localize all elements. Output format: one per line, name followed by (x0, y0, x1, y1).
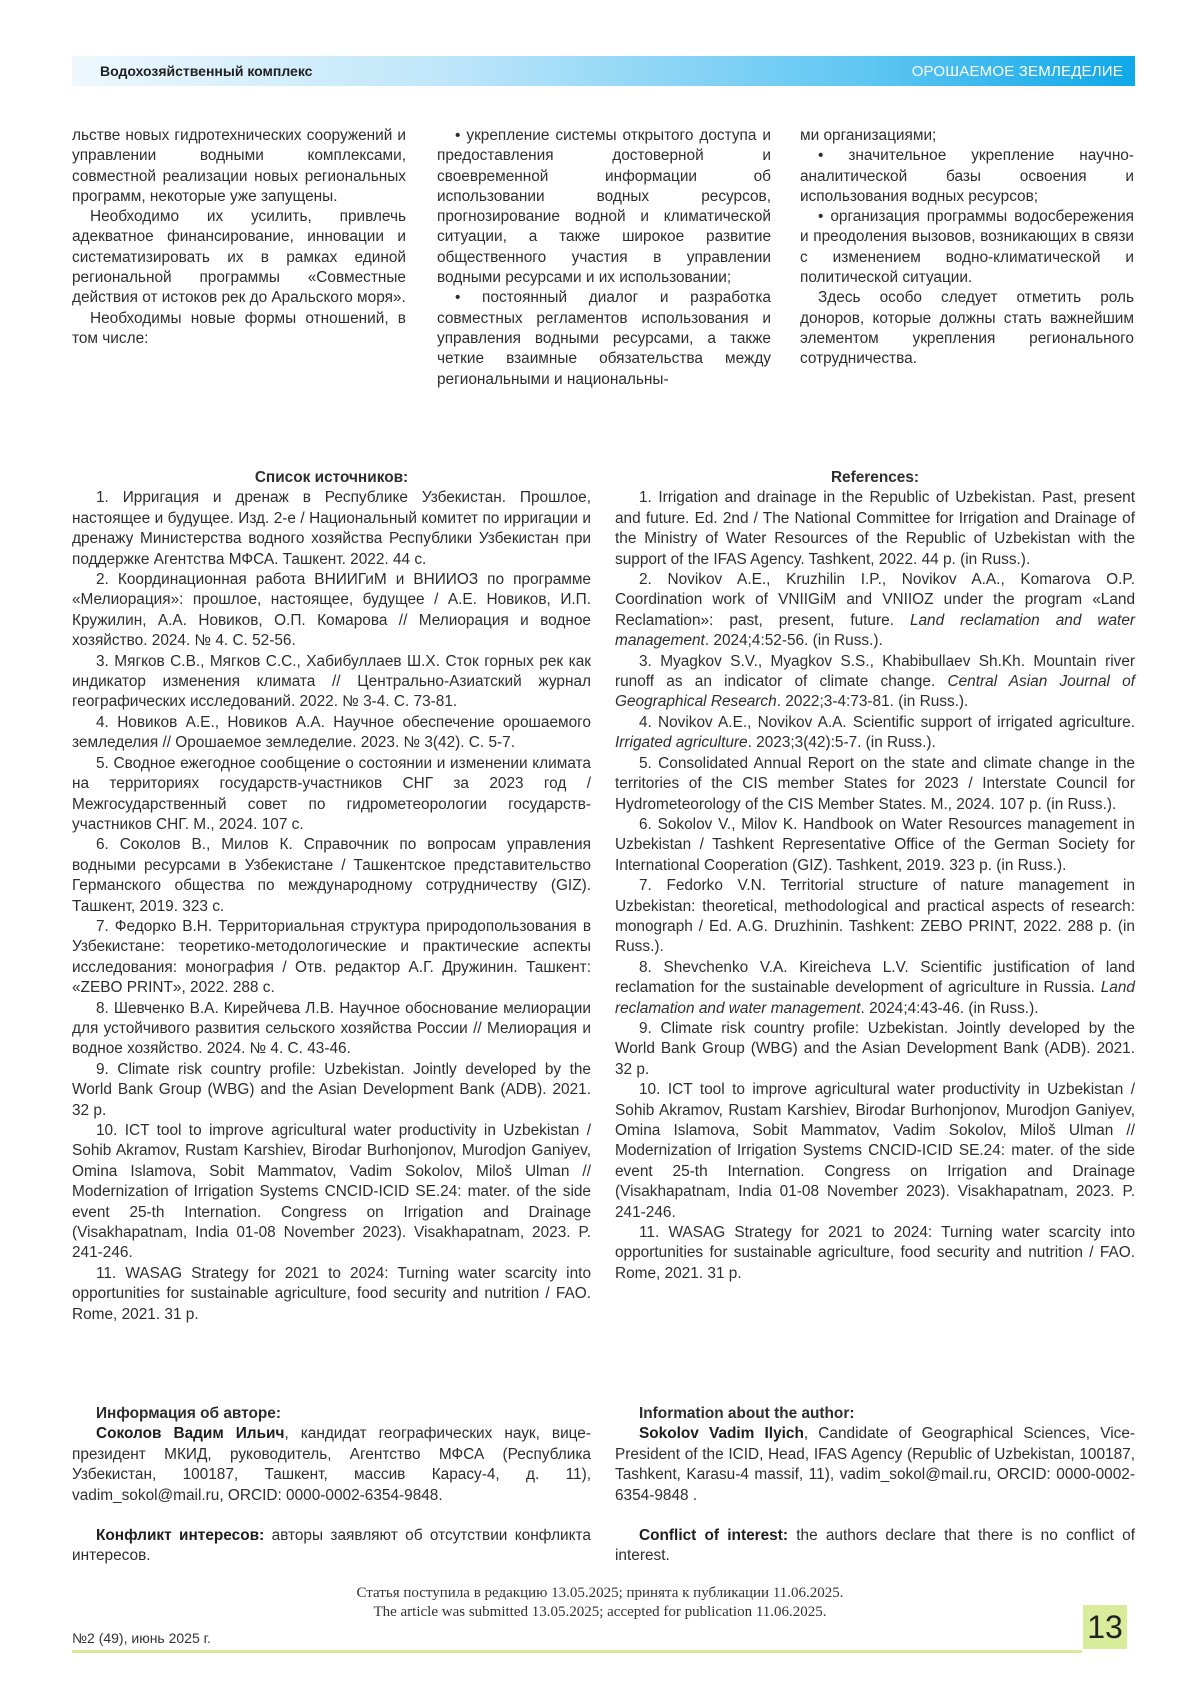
issue-label: №2 (49), июнь 2025 г. (72, 1630, 211, 1646)
conflict-of-interest-ru: Конфликт интересов: авторы заявляют об о… (72, 1526, 591, 1567)
section-title-left: Водохозяйственный комплекс (72, 63, 312, 79)
paragraph: ми организациями; (800, 126, 1134, 146)
reference-item: 2. Novikov A.E., Kruzhilin I.P., Novikov… (615, 570, 1135, 652)
reference-item: 2. Координационная работа ВНИИГиМ и ВНИИ… (72, 570, 591, 652)
submission-dates-en: The article was submitted 13.05.2025; ac… (0, 1603, 1200, 1622)
paragraph: Необходимо их усилить, привлечь адекватн… (72, 207, 406, 308)
paragraph: Необходимы новые формы отношений, в том … (72, 309, 406, 350)
reference-item: 11. WASAG Strategy for 2021 to 2024: Tur… (72, 1264, 591, 1325)
reference-item: 6. Соколов В., Милов К. Справочник по во… (72, 835, 591, 917)
bullet-item: • значительное укрепление научно-аналити… (800, 146, 1134, 207)
reference-item: 10. ICT tool to improve agricultural wat… (72, 1121, 591, 1264)
reference-item: 9. Climate risk country profile: Uzbekis… (72, 1060, 591, 1121)
paragraph: Здесь особо следует отметить роль доноро… (800, 288, 1134, 369)
references-ru: Список источников: 1. Ирригация и дренаж… (72, 468, 591, 1325)
reference-item: 7. Fedorko V.N. Territorial structure of… (615, 876, 1135, 958)
reference-item: 1. Ирригация и дренаж в Республике Узбек… (72, 488, 591, 570)
reference-item: 4. Новиков А.Е., Новиков А.А. Научное об… (72, 713, 591, 754)
references-en: References: 1. Irrigation and drainage i… (615, 468, 1135, 1284)
body-column-2: • укрепление системы открытого доступа и… (437, 126, 771, 390)
running-header: Водохозяйственный комплекс ОРОШАЕМОЕ ЗЕМ… (72, 56, 1135, 86)
paragraph: льстве новых гидротехнических сооружений… (72, 126, 406, 207)
page-number: 13 (1083, 1605, 1127, 1649)
reference-item: 1. Irrigation and drainage in the Republ… (615, 488, 1135, 570)
author-heading-ru: Информация об авторе: (72, 1404, 591, 1424)
reference-item: 8. Shevchenko V.A. Kireicheva L.V. Scien… (615, 958, 1135, 1019)
bullet-item: • организация программы водосбережения и… (800, 207, 1134, 288)
reference-item: 6. Sokolov V., Milov K. Handbook on Wate… (615, 815, 1135, 876)
body-column-1: льстве новых гидротехнических сооружений… (72, 126, 406, 349)
bullet-item: • постоянный диалог и разработка совмест… (437, 288, 771, 389)
reference-item: 11. WASAG Strategy for 2021 to 2024: Tur… (615, 1223, 1135, 1284)
references-ru-title: Список источников: (72, 468, 591, 488)
reference-item: 5. Сводное ежегодное сообщение о состоян… (72, 754, 591, 836)
author-details-ru: Соколов Вадим Ильич, кандидат географиче… (72, 1424, 591, 1506)
author-name: Sokolov Vadim Ilyich (639, 1425, 804, 1442)
author-info-ru: Информация об авторе: Соколов Вадим Ильи… (72, 1404, 591, 1567)
author-details-en: Sokolov Vadim Ilyich, Candidate of Geogr… (615, 1424, 1135, 1506)
submission-dates-ru: Статья поступила в редакцию 13.05.2025; … (0, 1584, 1200, 1603)
reference-item: 3. Мягков С.В., Мягков С.С., Хабибуллаев… (72, 652, 591, 713)
body-column-3: ми организациями; • значительное укрепле… (800, 126, 1134, 370)
references-en-title: References: (615, 468, 1135, 488)
reference-item: 7. Федорко В.Н. Территориальная структур… (72, 917, 591, 999)
submission-dates: Статья поступила в редакцию 13.05.2025; … (0, 1584, 1200, 1622)
bullet-item: • укрепление системы открытого доступа и… (437, 126, 771, 288)
footer-divider (72, 1650, 1082, 1653)
author-name: Соколов Вадим Ильич (96, 1425, 284, 1442)
reference-item: 5. Consolidated Annual Report on the sta… (615, 754, 1135, 815)
reference-item: 3. Myagkov S.V., Myagkov S.S., Khabibull… (615, 652, 1135, 713)
reference-item: 10. ICT tool to improve agricultural wat… (615, 1080, 1135, 1223)
conflict-of-interest-en: Conflict of interest: the authors declar… (615, 1526, 1135, 1567)
journal-title: Irrigated agriculture (615, 734, 748, 751)
reference-item: 9. Climate risk country profile: Uzbekis… (615, 1019, 1135, 1080)
author-info-en: Information about the author: Sokolov Va… (615, 1404, 1135, 1567)
reference-item: 8. Шевченко В.А. Кирейчева Л.В. Научное … (72, 999, 591, 1060)
reference-item: 4. Novikov A.E., Novikov A.A. Scientific… (615, 713, 1135, 754)
section-title-right: ОРОШАЕМОЕ ЗЕМЛЕДЕЛИЕ (912, 63, 1135, 80)
author-heading-en: Information about the author: (615, 1404, 1135, 1424)
